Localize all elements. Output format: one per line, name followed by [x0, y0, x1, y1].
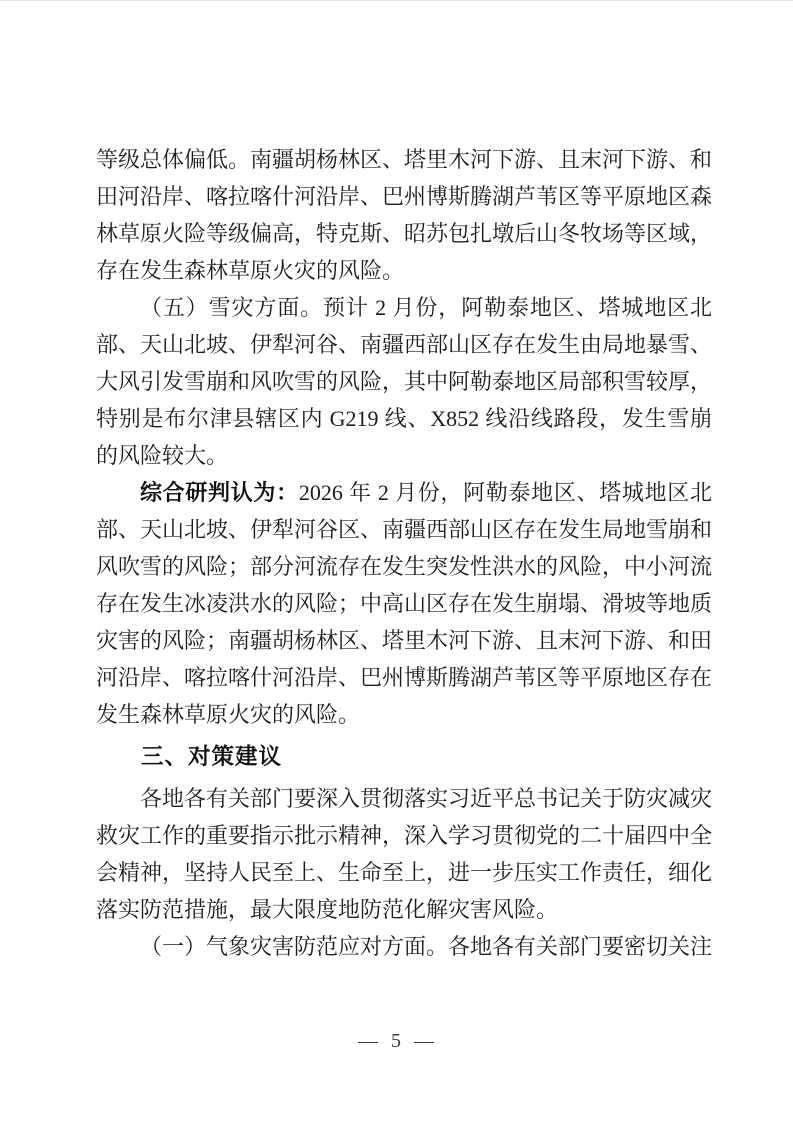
paragraph: （一）气象灾害防范应对方面。各地各有关部门要密切关注 [96, 928, 712, 965]
paragraph-lead-text: 三、对策建议 [141, 744, 282, 769]
paragraph: 各地各有关部门要深入贯彻落实习近平总书记关于防灾减灾救灾工作的重要指示批示精神，… [96, 780, 712, 928]
page-number: — 5 — [0, 1029, 793, 1053]
paragraph-lead-text: 综合研判认为： [140, 480, 299, 505]
paragraph-text: 等级总体偏低。南疆胡杨林区、塔里木河下游、且末河下游、和田河沿岸、喀拉喀什河沿岸… [96, 147, 712, 283]
paragraph-text: 2026 年 2 月份，阿勒泰地区、塔城地区北部、天山北坡、伊犁河谷区、南疆西部… [96, 480, 712, 727]
paragraph-text: 各地各有关部门要深入贯彻落实习近平总书记关于防灾减灾救灾工作的重要指示批示精神，… [96, 786, 712, 922]
paragraph: 综合研判认为：2026 年 2 月份，阿勒泰地区、塔城地区北部、天山北坡、伊犁河… [96, 474, 712, 733]
section-heading: 三、对策建议 [96, 738, 712, 775]
paragraph-text: （一）气象灾害防范应对方面。各地各有关部门要密切关注 [140, 934, 712, 959]
paragraph: 等级总体偏低。南疆胡杨林区、塔里木河下游、且末河下游、和田河沿岸、喀拉喀什河沿岸… [96, 141, 712, 289]
document-body: 等级总体偏低。南疆胡杨林区、塔里木河下游、且末河下游、和田河沿岸、喀拉喀什河沿岸… [96, 141, 712, 965]
paragraph: （五）雪灾方面。预计 2 月份，阿勒泰地区、塔城地区北部、天山北坡、伊犁河谷、南… [96, 289, 712, 474]
paragraph-text: （五）雪灾方面。预计 2 月份，阿勒泰地区、塔城地区北部、天山北坡、伊犁河谷、南… [96, 295, 712, 468]
document-page: 等级总体偏低。南疆胡杨林区、塔里木河下游、且末河下游、和田河沿岸、喀拉喀什河沿岸… [0, 0, 793, 1123]
